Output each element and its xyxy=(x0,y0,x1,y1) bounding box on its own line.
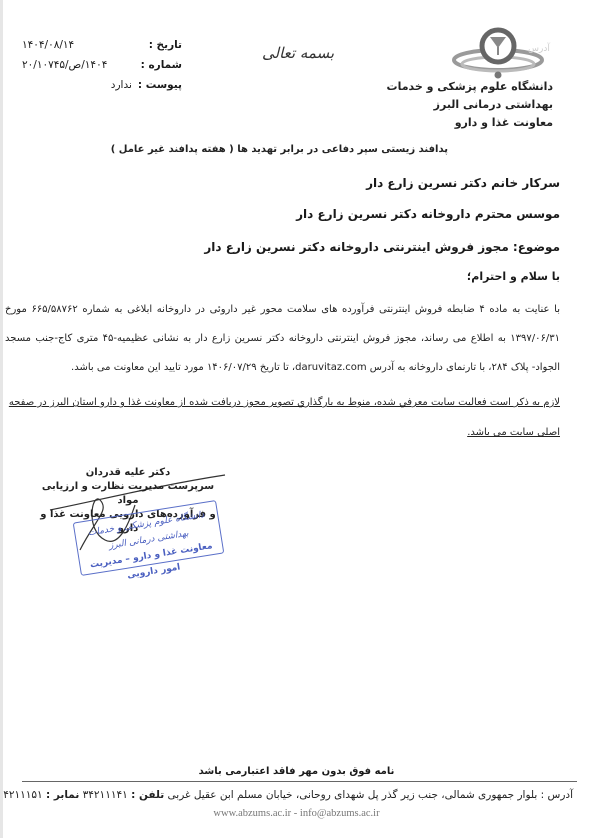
letter-meta: تاریخ : ۱۴۰۴/۰۸/۱۴ شماره : ۱۴۰۴/ص/۲۰/۱۰۷… xyxy=(22,35,182,95)
number-value: ۱۴۰۴/ص/۲۰/۱۰۷۴۵ xyxy=(22,55,107,75)
date-label: تاریخ : xyxy=(149,35,182,55)
slogan: پدافند زیستی سپر دفاعی در برابر تهدید ها… xyxy=(111,144,448,155)
address-text: بلوار جمهوری شمالی، جنب زیر گذر پل شهدای… xyxy=(168,789,538,801)
fax-value: ۴۲۱۱۱۵۱ xyxy=(3,789,42,801)
subject-line: موضوع: مجوز فروش اینترنتی داروخانه دکتر … xyxy=(204,240,560,254)
date-row: تاریخ : ۱۴۰۴/۰۸/۱۴ xyxy=(22,35,182,55)
org-line-3: معاونت غذا و دارو xyxy=(353,114,553,132)
address-label: آدرس : xyxy=(541,789,573,801)
greeting: با سلام و احترام؛ xyxy=(467,270,560,283)
validity-note: نامه فوق بدون مهر فاقد اعتبارمی باشد xyxy=(0,766,593,777)
scan-edge xyxy=(0,0,3,838)
attachment-row: پیوست : ندارد xyxy=(22,75,182,95)
organization-name: دانشگاه علوم پزشکی و خدمات بهداشتی درمان… xyxy=(353,78,553,132)
fax-label: نمابر : xyxy=(46,789,79,801)
date-value: ۱۴۰۴/۰۸/۱۴ xyxy=(22,35,74,55)
phone-label: تلفن : xyxy=(131,789,164,801)
number-row: شماره : ۱۴۰۴/ص/۲۰/۱۰۷۴۵ xyxy=(22,55,182,75)
footer-divider xyxy=(22,781,577,782)
footer-web-email: www.abzums.ac.ir - info@abzums.ac.ir xyxy=(0,808,593,819)
number-label: شماره : xyxy=(141,55,182,75)
phone-value: ۳۴۲۱۱۱۴۱ xyxy=(83,789,128,801)
footer-address: آدرس : بلوار جمهوری شمالی، جنب زیر گذر پ… xyxy=(3,789,573,801)
org-line-1: دانشگاه علوم پزشکی و خدمات xyxy=(353,78,553,96)
recipient-line-1: سرکار خانم دکتر نسرین زارع دار xyxy=(366,176,560,190)
body-paragraph: با عنایت به ماده ۴ ضابطه فروش اینترنتی ف… xyxy=(5,295,560,382)
org-line-2: بهداشتی درمانی البرز xyxy=(353,96,553,114)
bismillah-heading: بسمه تعالی xyxy=(262,44,334,62)
attachment-value: ندارد xyxy=(111,75,132,95)
signer-name: دکتر علیه قدردان xyxy=(38,466,218,480)
recipient-line-2: موسس محترم داروخانه دکتر نسرین زارع دار xyxy=(296,207,560,221)
note-paragraph: لازم به ذکر است فعالیت سایت معرفي شده، م… xyxy=(5,388,560,448)
ghost-address-text: آدرس xyxy=(528,44,550,54)
attachment-label: پیوست : xyxy=(138,75,182,95)
